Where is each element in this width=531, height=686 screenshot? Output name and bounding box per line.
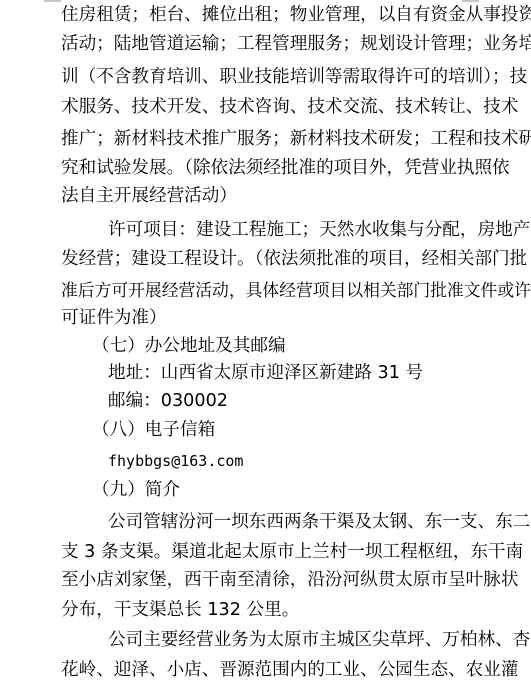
licensed-items-line: 发经营；建设工程设计。（依法须批准的项目，经相关部门批	[61, 248, 463, 270]
business-scope-line: 术服务、技术开发、技术咨询、技术交流、技术转让、技术	[61, 96, 463, 118]
business-scope-line: 推广；新材料技术推广服务；新材料技术研发；工程和技术研	[61, 128, 463, 150]
postcode-row: 邮编：030002	[108, 390, 228, 412]
section-heading-office-address: （七）办公地址及其邮编	[92, 335, 286, 357]
page-corner-mark-right	[462, 0, 479, 2]
section-heading-intro: （九）简介	[92, 479, 180, 501]
intro-paragraph-line: 支 3 条支渠。渠道北起太原市上兰村一坝工程枢纽，东干南	[61, 541, 463, 563]
page-corner-mark-left	[44, 0, 61, 2]
intro-paragraph-line: 公司管辖汾河一坝东西两条干渠及太钢、东一支、东二	[108, 511, 463, 533]
postcode-value: 030002	[161, 391, 228, 411]
business-scope-line: 住房租赁；柜台、摊位出租；物业管理，以自有资金从事投资	[61, 4, 463, 26]
email-address: fhybbgs@163.com	[108, 450, 243, 472]
intro-paragraph-line: 至小店刘家堡，西干南至清徐，沿汾河纵贯太原市呈叶脉状	[61, 569, 463, 591]
business-scope-line: 活动；陆地管道运输；工程管理服务；规划设计管理；业务培	[61, 33, 463, 55]
business-scope-line: 法自主开展经营活动）	[61, 185, 237, 207]
licensed-items-line: 可证件为准）	[61, 307, 167, 329]
intro-paragraph-line: 公司主要经营业务为太原市主城区尖草坪、万柏林、杏	[108, 629, 463, 651]
business-scope-line: 训（不含教育培训、职业技能培训等需取得许可的培训）；技	[61, 66, 463, 88]
business-scope-line: 究和试验发展。（除依法须经批准的项目外，凭营业执照依	[61, 157, 463, 179]
intro-paragraph-line: 花岭、迎泽、小店、晋源范围内的工业、公园生态、农业灌	[61, 659, 463, 681]
postcode-label: 邮编：	[108, 391, 161, 411]
licensed-items-line: 许可项目：建设工程施工；天然水收集与分配，房地产开	[108, 219, 463, 241]
intro-paragraph-line: 分布，干支渠总长 132 公里。	[61, 599, 299, 621]
address-label: 地址：	[108, 363, 161, 383]
address-value: 山西省太原市迎泽区新建路 31 号	[161, 363, 423, 383]
address-row: 地址：山西省太原市迎泽区新建路 31 号	[108, 362, 423, 384]
licensed-items-line: 准后方可开展经营活动，具体经营项目以相关部门批准文件或许	[61, 279, 463, 301]
section-heading-email: （八）电子信箱	[92, 419, 215, 441]
